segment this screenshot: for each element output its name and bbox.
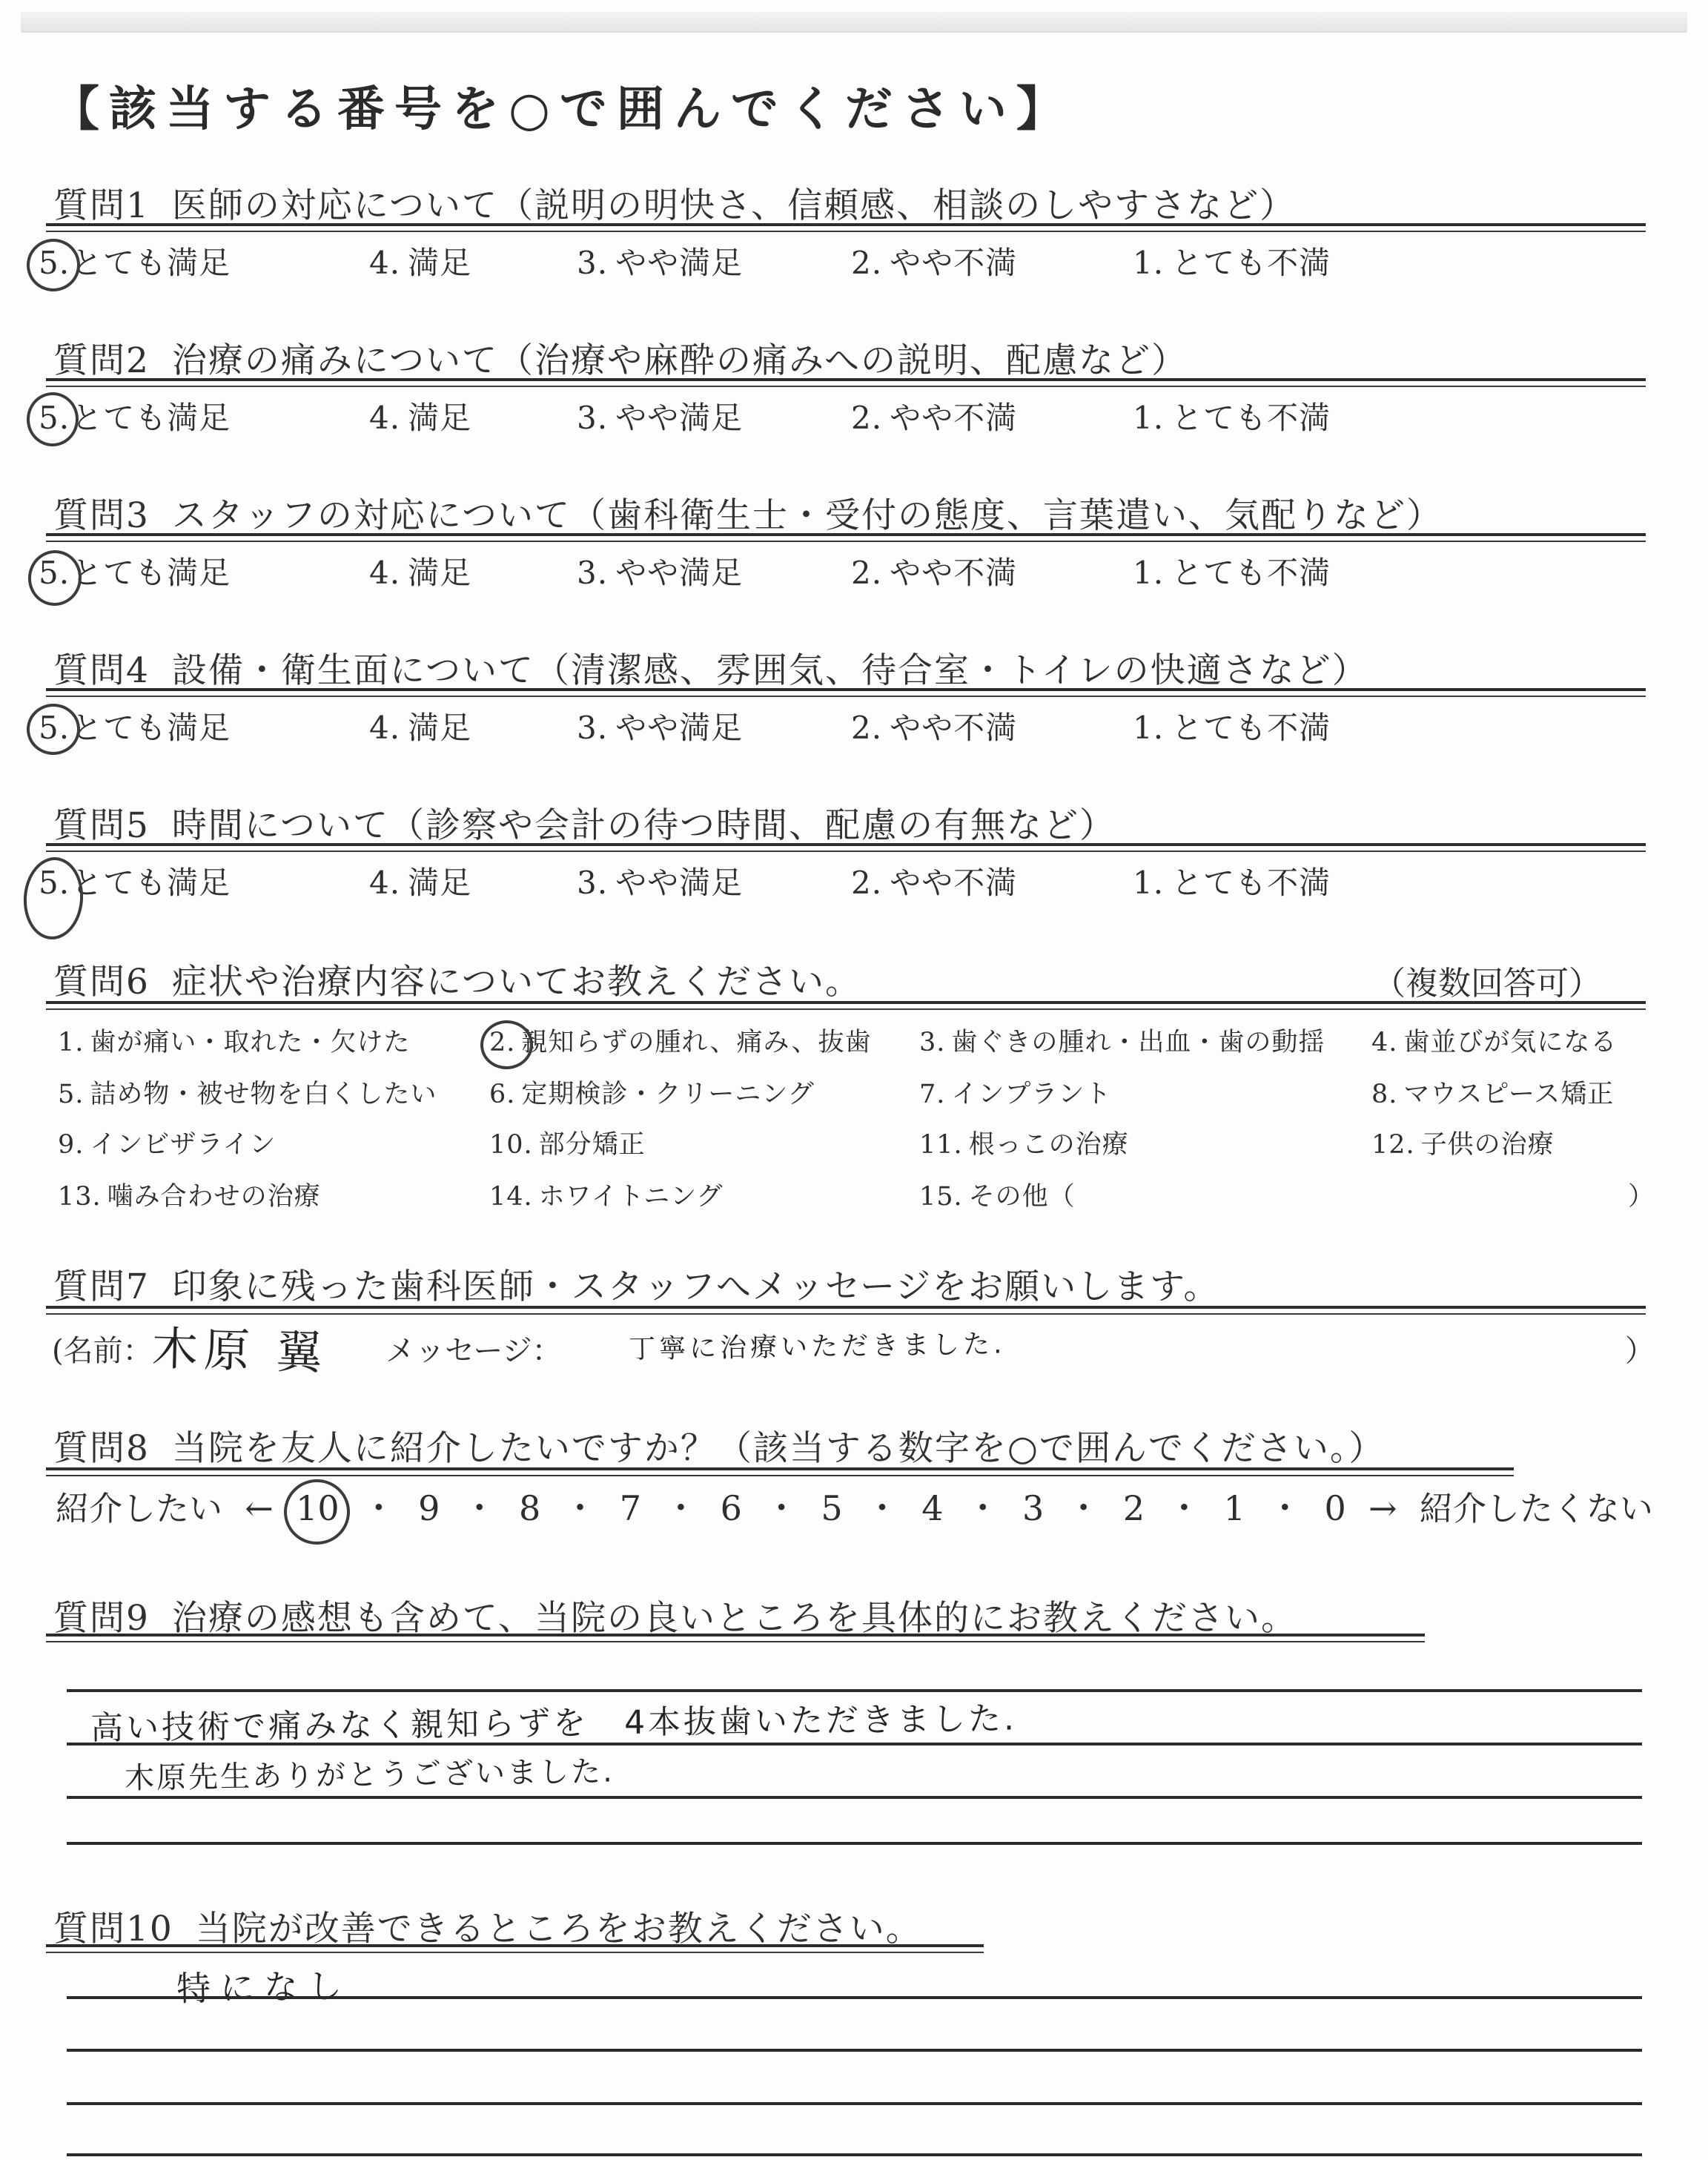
q10-answer-line-2 bbox=[67, 2049, 1642, 2052]
form-instruction-title: 【該当する番号を○で囲んでください】 bbox=[52, 71, 1073, 139]
q6-header: 質問6 症状や治療内容についてお教えください。 bbox=[53, 954, 861, 1004]
q6-item-15: 15.その他（ bbox=[919, 1176, 1076, 1213]
q4-option-3: 3.やや満足 bbox=[577, 704, 743, 748]
scanned-survey-form: 【該当する番号を○で囲んでください】 質問1 医師の対応について（説明の明快さ、… bbox=[0, 0, 1708, 2160]
q8-dot: ・ bbox=[1268, 1482, 1302, 1530]
q10-answer-line-1 bbox=[67, 1996, 1642, 1999]
q9-handwritten-line-2: 木原先生ありがとうございました. bbox=[125, 1748, 615, 1797]
q9-header: 質問9 治療の感想も含めて、当院の良いところを具体的にお教えください。 bbox=[53, 1591, 1297, 1640]
q4-option-1: 1.とても不満 bbox=[1133, 704, 1331, 748]
q2-option-2: 2.やや不満 bbox=[851, 394, 1017, 438]
q1-option-1: 1.とても不満 bbox=[1133, 239, 1331, 283]
q8-dot: ・ bbox=[563, 1482, 598, 1530]
q8-dot: ・ bbox=[764, 1482, 798, 1530]
q1-header-rule bbox=[46, 223, 1646, 232]
q8-dot: ・ bbox=[463, 1482, 497, 1530]
q6-item-8: 8.マウスピース矯正 bbox=[1371, 1074, 1614, 1111]
q2-header: 質問2 治療の痛みについて（治療や麻酔の痛みへの説明、配慮など） bbox=[53, 333, 1188, 383]
q1-title: 医師の対応について（説明の明快さ、信頼感、相談のしやすさなど） bbox=[172, 178, 1296, 228]
q8-header-rule bbox=[46, 1467, 1514, 1476]
q6-title: 症状や治療内容についてお教えください。 bbox=[172, 954, 861, 1004]
q8-dot: ・ bbox=[362, 1482, 396, 1530]
q4-title: 設備・衛生面について（清潔感、雰囲気、待合室・トイレの快適さなど） bbox=[172, 643, 1368, 693]
q6-item-11: 11.根っこの治療 bbox=[919, 1124, 1129, 1161]
q7-title: 印象に残った歯科医師・スタッフへメッセージをお願いします。 bbox=[172, 1259, 1219, 1309]
scan-shadow-band bbox=[21, 12, 1687, 33]
q3-title: スタッフの対応について（歯科衛生士・受付の態度、言葉遣い、気配りなど） bbox=[172, 488, 1443, 538]
q9-answer-line-1 bbox=[67, 1689, 1642, 1692]
q3-option-5: 5.とても満足 bbox=[39, 549, 231, 593]
q2-title: 治療の痛みについて（治療や麻酔の痛みへの説明、配慮など） bbox=[172, 333, 1188, 383]
q6-item-1: 1.歯が痛い・取れた・欠けた bbox=[58, 1022, 410, 1059]
q8-number-2: 2 bbox=[1123, 1488, 1145, 1528]
q1-option-5: 5.とても満足 bbox=[39, 239, 231, 283]
q5-option-4: 4.満足 bbox=[369, 859, 471, 903]
q3-option-1: 1.とても不満 bbox=[1133, 549, 1331, 593]
q3-header: 質問3 スタッフの対応について（歯科衛生士・受付の態度、言葉遣い、気配りなど） bbox=[53, 488, 1443, 538]
q4-option-5: 5.とても満足 bbox=[39, 704, 231, 748]
q8-number-3: 3 bbox=[1022, 1488, 1044, 1528]
q2-header-rule bbox=[46, 378, 1646, 387]
q8-header: 質問8 当院を友人に紹介したいですか？（該当する数字を○で囲んでください。） bbox=[53, 1421, 1385, 1470]
q6-item-2: 2.親知らずの腫れ、痛み、抜歯 bbox=[489, 1022, 872, 1059]
q9-number: 質問9 bbox=[53, 1591, 150, 1640]
q9-answer-line-3 bbox=[67, 1796, 1642, 1799]
q10-header-rule bbox=[46, 1944, 984, 1953]
q10-number: 質問10 bbox=[53, 1901, 173, 1951]
q8-left-label: 紹介したい bbox=[56, 1482, 222, 1530]
q1-option-4: 4.満足 bbox=[369, 239, 471, 283]
q1-number: 質問1 bbox=[53, 178, 150, 228]
q5-header: 質問5 時間について（診察や会計の待つ時間、配慮の有無など） bbox=[53, 798, 1116, 848]
q7-closing-paren: ） bbox=[1625, 1327, 1655, 1370]
q1-header: 質問1 医師の対応について（説明の明快さ、信頼感、相談のしやすさなど） bbox=[53, 178, 1296, 228]
q8-nps-scale: 紹介したい ← 10 ・ 9 ・ 8 ・ 7 ・ 6 ・ 5 ・ 4 ・ 3 ・… bbox=[56, 1482, 1653, 1530]
q5-header-rule bbox=[46, 843, 1646, 852]
q5-title: 時間について（診察や会計の待つ時間、配慮の有無など） bbox=[172, 798, 1116, 848]
q5-number: 質問5 bbox=[53, 798, 150, 848]
q7-name-label: (名前： bbox=[52, 1327, 153, 1370]
q7-handwritten-message: 丁寧に治療いただきました. bbox=[629, 1323, 1006, 1366]
q8-number-10: 10 bbox=[296, 1488, 340, 1528]
q6-item-10: 10.部分矯正 bbox=[489, 1124, 646, 1161]
q8-title: 当院を友人に紹介したいですか？（該当する数字を○で囲んでください。） bbox=[172, 1421, 1386, 1470]
q10-title: 当院が改善できるところをお教えください。 bbox=[196, 1901, 922, 1951]
q8-number-0: 0 bbox=[1324, 1488, 1345, 1528]
q6-item-7: 7.インプラント bbox=[919, 1074, 1111, 1111]
q5-option-1: 1.とても不満 bbox=[1133, 859, 1331, 903]
q7-number: 質問7 bbox=[53, 1259, 150, 1309]
q8-dot: ・ bbox=[865, 1482, 899, 1530]
q1-option-2: 2.やや不満 bbox=[851, 239, 1017, 283]
q8-right-label: 紹介したくない bbox=[1420, 1482, 1653, 1530]
q9-handwritten-line-1: 高い技術で痛みなく親知らずを 4本抜歯いただきました. bbox=[90, 1691, 1018, 1748]
q8-number-9: 9 bbox=[418, 1488, 440, 1528]
q3-option-4: 4.満足 bbox=[369, 549, 471, 593]
q3-header-rule bbox=[46, 533, 1646, 542]
q8-dot: ・ bbox=[663, 1482, 698, 1530]
q6-item-13: 13.噛み合わせの治療 bbox=[58, 1176, 321, 1213]
q2-option-5: 5.とても満足 bbox=[39, 394, 231, 438]
q2-option-1: 1.とても不満 bbox=[1133, 394, 1331, 438]
q6-item-3: 3.歯ぐきの腫れ・出血・歯の動揺 bbox=[919, 1022, 1325, 1059]
q3-number: 質問3 bbox=[53, 488, 150, 538]
q3-option-3: 3.やや満足 bbox=[577, 549, 743, 593]
q5-option-5: 5.とても満足 bbox=[39, 859, 231, 903]
q2-option-3: 3.やや満足 bbox=[577, 394, 743, 438]
q9-answer-line-4 bbox=[67, 1842, 1642, 1845]
q8-left-arrow-icon: ← bbox=[245, 1488, 274, 1528]
q4-option-4: 4.満足 bbox=[369, 704, 471, 748]
q3-option-2: 2.やや不満 bbox=[851, 549, 1017, 593]
q8-number-4: 4 bbox=[921, 1488, 943, 1528]
q8-number: 質問8 bbox=[53, 1421, 150, 1470]
q5-option-3: 3.やや満足 bbox=[577, 859, 743, 903]
q7-handwritten-name: 木原 翼 bbox=[151, 1312, 329, 1382]
q6-item-15-closing-paren: ） bbox=[1628, 1176, 1655, 1213]
q6-item-5: 5.詰め物・被せ物を白くしたい bbox=[58, 1074, 437, 1111]
q10-answer-line-3 bbox=[67, 2102, 1642, 2105]
q8-number-7: 7 bbox=[620, 1488, 641, 1528]
q7-message-label: メッセージ： bbox=[385, 1327, 562, 1370]
q8-right-arrow-icon: → bbox=[1368, 1488, 1397, 1528]
q8-number-5: 5 bbox=[821, 1488, 842, 1528]
q6-item-9: 9.インビザライン bbox=[58, 1124, 276, 1161]
q6-item-12: 12.子供の治療 bbox=[1371, 1124, 1555, 1161]
q6-header-rule bbox=[46, 1001, 1646, 1010]
q7-header: 質問7 印象に残った歯科医師・スタッフへメッセージをお願いします。 bbox=[53, 1259, 1219, 1309]
q2-number: 質問2 bbox=[53, 333, 150, 383]
q9-answer-line-2 bbox=[67, 1743, 1642, 1745]
q8-dot: ・ bbox=[1067, 1482, 1101, 1530]
q1-option-3: 3.やや満足 bbox=[577, 239, 743, 283]
q7-header-rule bbox=[46, 1306, 1646, 1315]
q4-header-rule bbox=[46, 688, 1646, 697]
q2-option-4: 4.満足 bbox=[369, 394, 471, 438]
q8-dot: ・ bbox=[1167, 1482, 1201, 1530]
q6-number: 質問6 bbox=[53, 954, 150, 1004]
q6-item-4: 4.歯並びが気になる bbox=[1371, 1022, 1617, 1059]
q10-answer-line-4 bbox=[67, 2153, 1642, 2156]
q4-option-2: 2.やや不満 bbox=[851, 704, 1017, 748]
q6-item-14: 14.ホワイトニング bbox=[489, 1176, 724, 1213]
q6-multi-answer-note: （複数回答可） bbox=[1373, 957, 1601, 1004]
q6-item-6: 6.定期検診・クリーニング bbox=[489, 1074, 815, 1111]
q4-header: 質問4 設備・衛生面について（清潔感、雰囲気、待合室・トイレの快適さなど） bbox=[53, 643, 1368, 693]
q9-header-rule bbox=[46, 1634, 1425, 1642]
q9-title: 治療の感想も含めて、当院の良いところを具体的にお教えください。 bbox=[172, 1591, 1297, 1640]
q4-number: 質問4 bbox=[53, 643, 150, 693]
q10-header: 質問10 当院が改善できるところをお教えください。 bbox=[53, 1901, 922, 1951]
q8-number-6: 6 bbox=[721, 1488, 742, 1528]
q5-option-2: 2.やや不満 bbox=[851, 859, 1017, 903]
q8-number-8: 8 bbox=[519, 1488, 540, 1528]
q10-handwritten-answer: 特になし bbox=[176, 1959, 351, 2011]
q8-number-1: 1 bbox=[1224, 1488, 1245, 1528]
q8-dot: ・ bbox=[966, 1482, 1000, 1530]
